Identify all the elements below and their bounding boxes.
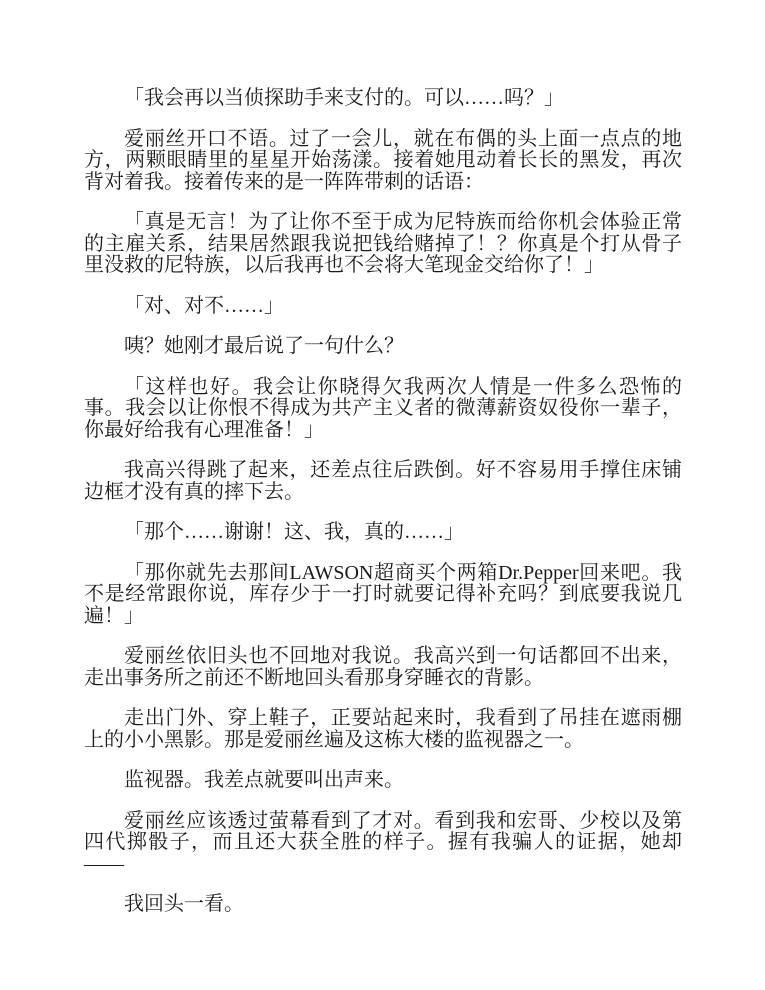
- paragraph: 爱丽丝应该透过萤幕看到了才对。看到我和宏哥、少校以及第四代掷骰子，而且还大获全胜…: [84, 811, 682, 876]
- paragraph: 「那你就先去那间LAWSON超商买个两箱Dr.Pepper回来吧。我不是经常跟你…: [84, 563, 682, 628]
- paragraph: 咦？她刚才最后说了一句什么？: [84, 336, 682, 358]
- paragraph: 「真是无言！为了让你不至于成为尼特族而给你机会体验正常的主雇关系，结果居然跟我说…: [84, 212, 682, 277]
- paragraph: 走出门外、穿上鞋子，正要站起来时，我看到了吊挂在遮雨棚上的小小黑影。那是爱丽丝遍…: [84, 708, 682, 751]
- paragraph: 我高兴得跳了起来，还差点往后跌倒。好不容易用手撑住床铺边框才没有真的摔下去。: [84, 460, 682, 503]
- paragraph: 爱丽丝依旧头也不回地对我说。我高兴到一句话都回不出来，走出事务所之前还不断地回头…: [84, 646, 682, 689]
- text-block: 「我会再以当侦探助手来支付的。可以……吗？」爱丽丝开口不语。过了一会儿，就在布偶…: [84, 88, 682, 916]
- paragraph: 「那个……谢谢！这、我，真的……」: [84, 522, 682, 544]
- paragraph: 监视器。我差点就要叫出声来。: [84, 770, 682, 792]
- paragraph: 我回头一看。: [84, 894, 682, 916]
- paragraph: 「这样也好。我会让你晓得欠我两次人情是一件多么恐怖的事。我会以让你恨不得成为共产…: [84, 377, 682, 442]
- paragraph: 「我会再以当侦探助手来支付的。可以……吗？」: [84, 88, 682, 110]
- document-page: 「我会再以当侦探助手来支付的。可以……吗？」爱丽丝开口不语。过了一会儿，就在布偶…: [0, 0, 765, 990]
- paragraph: 爱丽丝开口不语。过了一会儿，就在布偶的头上面一点点的地方，两颗眼睛里的星星开始荡…: [84, 129, 682, 194]
- paragraph: 「对、对不……」: [84, 296, 682, 318]
